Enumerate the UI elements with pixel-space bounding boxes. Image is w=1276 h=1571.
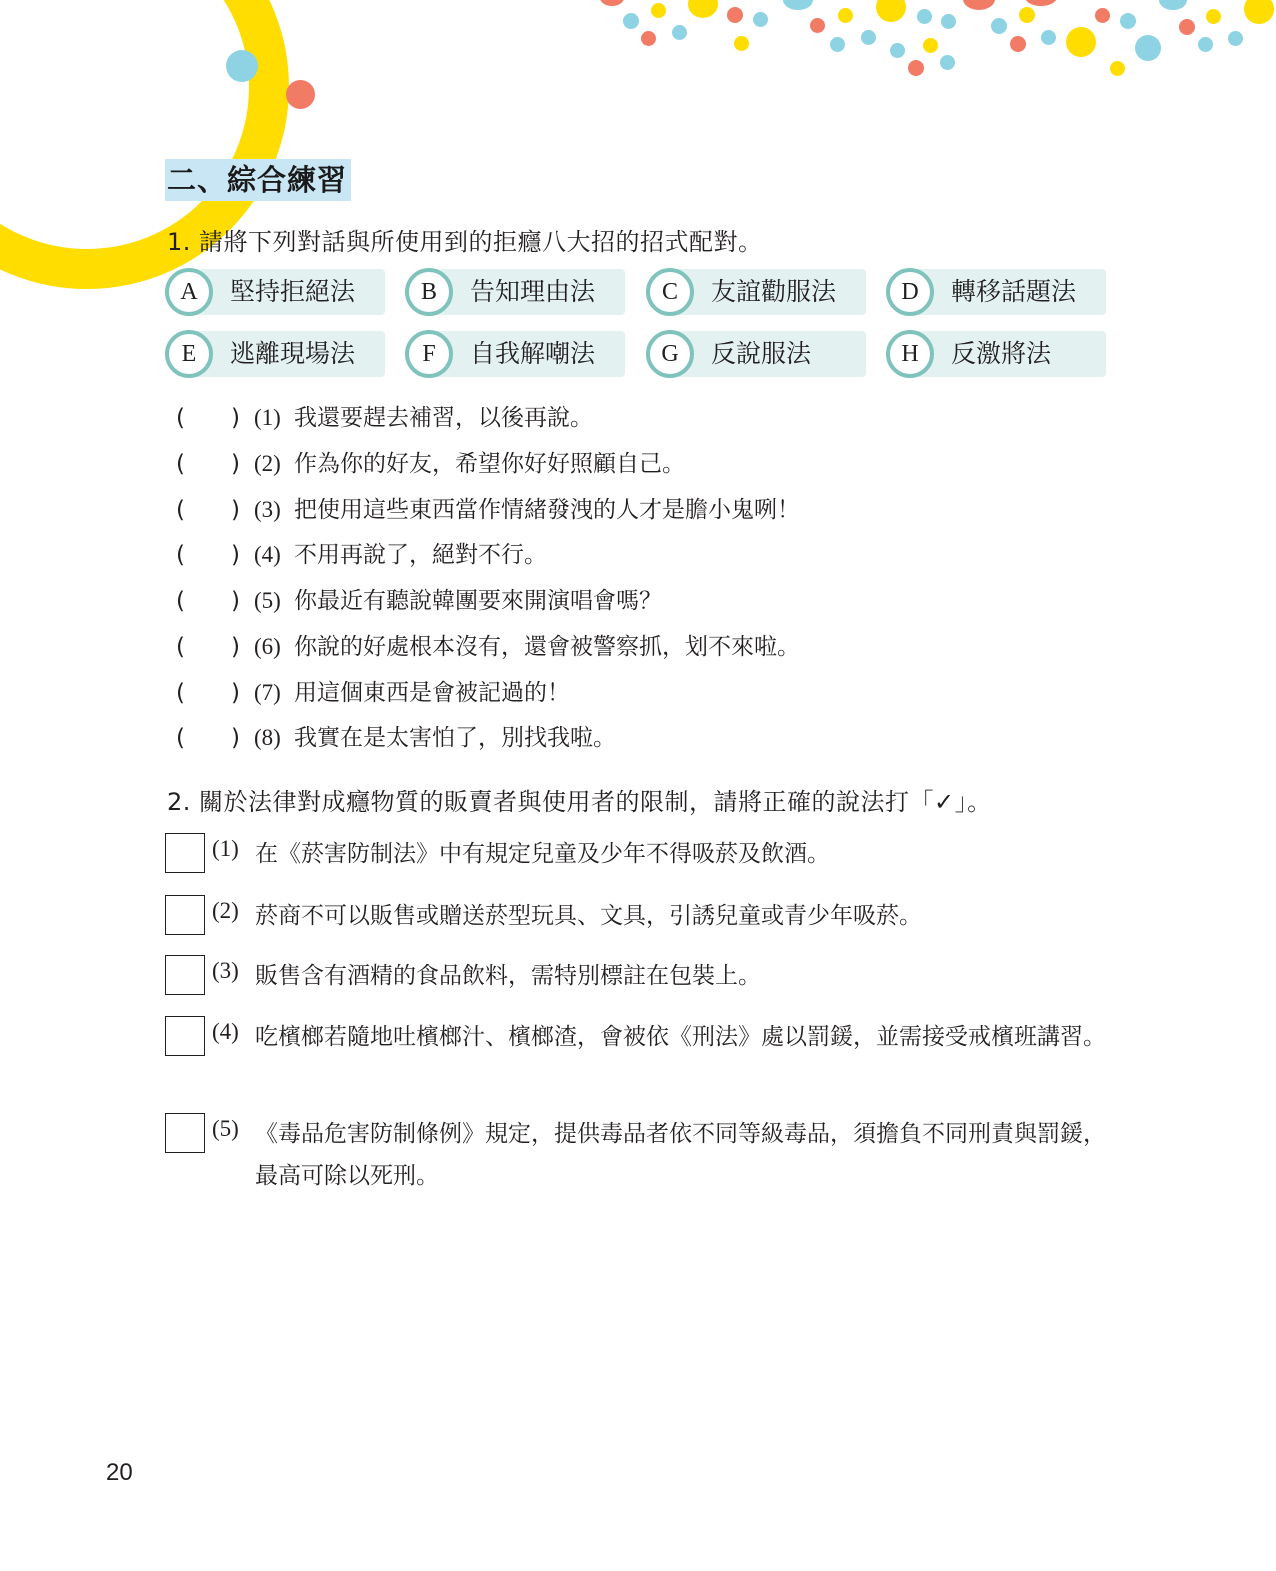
decorative-dot: [734, 36, 749, 51]
paren-close: ): [231, 630, 240, 664]
method-label: 逃離現場法: [230, 330, 355, 378]
method-label: 自我解嘲法: [470, 330, 595, 378]
method-option-f: F 自我解嘲法: [405, 330, 627, 378]
method-option-g: G 反說服法: [646, 330, 868, 378]
decorative-dot: [727, 7, 743, 23]
decorative-dot: [940, 55, 955, 70]
item-text: 作為你的好友，希望你好好照顧自己。: [294, 447, 685, 481]
item-number: (8): [254, 721, 281, 755]
paren-close: ): [231, 538, 240, 572]
method-option-e: E 逃離現場法: [165, 330, 387, 378]
method-letter-badge: E: [165, 330, 213, 378]
decorative-dot: [1120, 13, 1136, 29]
decorative-dot: [753, 12, 768, 27]
item-number: (6): [254, 630, 281, 664]
item-number: (2): [212, 898, 239, 924]
decorative-dot: [908, 60, 924, 76]
method-label: 反激將法: [951, 330, 1051, 378]
method-letter-badge: B: [405, 268, 453, 316]
item-text: 你最近有聽說韓團要來開演唱會嗎？: [294, 584, 662, 618]
decorative-dot: [226, 50, 258, 82]
item-text: 在《菸害防制法》中有規定兒童及少年不得吸菸及飲酒。: [255, 833, 1110, 875]
section-title: 二、綜合練習: [165, 159, 351, 201]
decorative-dot: [286, 80, 315, 109]
method-letter-badge: C: [646, 268, 694, 316]
item-number: (2): [254, 447, 281, 481]
decorative-dot: [1159, 0, 1187, 10]
item-number: (3): [254, 493, 281, 527]
method-letter-badge: F: [405, 330, 453, 378]
statement-checkbox[interactable]: [165, 1113, 205, 1153]
paren-close: ): [231, 447, 240, 481]
decorative-dot: [783, 0, 813, 10]
decorative-dot: [651, 3, 666, 18]
decorative-dot: [1206, 9, 1221, 24]
decorative-dot: [1198, 37, 1213, 52]
decorative-dot: [623, 13, 639, 29]
item-text: 吃檳榔若隨地吐檳榔汁、檳榔渣，會被依《刑法》處以罰鍰，並需接受戒檳班講習。: [255, 1016, 1110, 1058]
answer-blank[interactable]: [190, 495, 236, 525]
method-option-b: B 告知理由法: [405, 268, 627, 316]
decorative-dot: [861, 30, 876, 45]
item-text: 不用再說了，絕對不行。: [294, 538, 547, 572]
decorative-dot: [1228, 31, 1243, 46]
method-letter-badge: G: [646, 330, 694, 378]
decorative-dot: [1010, 36, 1026, 52]
statement-checkbox[interactable]: [165, 895, 205, 935]
page-number: 20: [106, 1459, 133, 1487]
decorative-dot: [1066, 27, 1096, 57]
decorative-dot: [1025, 0, 1057, 6]
decorative-dot: [963, 0, 995, 10]
answer-blank[interactable]: [190, 449, 236, 479]
paren-open: (: [176, 721, 185, 755]
item-number: (7): [254, 676, 281, 710]
statement-checkbox[interactable]: [165, 955, 205, 995]
method-option-h: H 反激將法: [886, 330, 1108, 378]
decorative-dot: [1110, 61, 1125, 76]
method-option-c: C 友誼勸服法: [646, 268, 868, 316]
answer-blank[interactable]: [190, 632, 236, 662]
question-2-prompt: 2. 關於法律對成癮物質的販賣者與使用者的限制，請將正確的說法打「✓」。: [167, 782, 992, 817]
decorative-dot: [688, 0, 718, 18]
decorative-dot: [1135, 35, 1161, 61]
decorative-dot: [991, 18, 1007, 34]
statement-checkbox[interactable]: [165, 833, 205, 873]
item-number: (3): [212, 958, 239, 984]
method-letter-badge: A: [165, 268, 213, 316]
paren-open: (: [176, 447, 185, 481]
paren-close: ): [231, 721, 240, 755]
method-label: 堅持拒絕法: [230, 268, 355, 316]
paren-open: (: [176, 584, 185, 618]
decorative-dot: [641, 31, 656, 46]
paren-open: (: [176, 538, 185, 572]
item-text: 《毒品危害防制條例》規定，提供毒品者依不同等級毒品，須擔負不同刑責與罰鍰，最高可…: [255, 1113, 1110, 1197]
method-label: 友誼勸服法: [711, 268, 836, 316]
item-text: 把使用這些東西當作情緒發洩的人才是膽小鬼咧！: [294, 493, 800, 527]
item-text: 我還要趕去補習，以後再說。: [294, 401, 593, 435]
paren-open: (: [176, 493, 185, 527]
decorative-dot: [1041, 30, 1056, 45]
method-letter-badge: D: [886, 268, 934, 316]
method-letter-badge: H: [886, 330, 934, 378]
method-label: 反說服法: [711, 330, 811, 378]
method-option-d: D 轉移話題法: [886, 268, 1108, 316]
item-number: (1): [254, 401, 281, 435]
decorative-dot: [1244, 0, 1274, 24]
question-1-prompt: 1. 請將下列對話與所使用到的拒癮八大招的招式配對。: [167, 222, 763, 257]
decorative-dot: [941, 14, 956, 29]
decorative-dot: [923, 38, 938, 53]
item-text: 用這個東西是會被記過的！: [294, 676, 570, 710]
item-text: 我實在是太害怕了，別找我啦。: [294, 721, 616, 755]
answer-blank[interactable]: [190, 540, 236, 570]
answer-blank[interactable]: [190, 723, 236, 753]
method-label: 告知理由法: [470, 268, 595, 316]
paren-close: ): [231, 401, 240, 435]
decorative-dot: [672, 25, 687, 40]
item-number: (4): [254, 538, 281, 572]
paren-close: ): [231, 584, 240, 618]
paren-open: (: [176, 676, 185, 710]
method-label: 轉移話題法: [951, 268, 1076, 316]
statement-checkbox[interactable]: [165, 1016, 205, 1056]
item-number: (5): [212, 1116, 239, 1142]
decorative-dot: [1179, 19, 1195, 35]
item-text: 你說的好處根本沒有，還會被警察抓，划不來啦。: [294, 630, 800, 664]
answer-blank[interactable]: [190, 403, 236, 433]
decorative-dot: [1019, 7, 1035, 23]
decorative-dot: [810, 18, 825, 33]
paren-open: (: [176, 630, 185, 664]
decorative-dot: [876, 0, 906, 22]
decorative-dot: [917, 9, 932, 24]
answer-blank[interactable]: [190, 586, 236, 616]
paren-close: ): [231, 493, 240, 527]
decorative-dot: [830, 37, 845, 52]
item-number: (5): [254, 584, 281, 618]
item-number: (1): [212, 836, 239, 862]
decorative-dot: [890, 43, 905, 58]
answer-blank[interactable]: [190, 678, 236, 708]
decorative-dot: [838, 8, 853, 23]
paren-open: (: [176, 401, 185, 435]
decorative-dot: [600, 0, 624, 6]
decorative-dot: [1095, 8, 1110, 23]
paren-close: ): [231, 676, 240, 710]
method-option-a: A 堅持拒絕法: [165, 268, 387, 316]
item-text: 販售含有酒精的食品飲料，需特別標註在包裝上。: [255, 955, 1110, 997]
item-text: 菸商不可以販售或贈送菸型玩具、文具，引誘兒童或青少年吸菸。: [255, 895, 1110, 937]
item-number: (4): [212, 1019, 239, 1045]
